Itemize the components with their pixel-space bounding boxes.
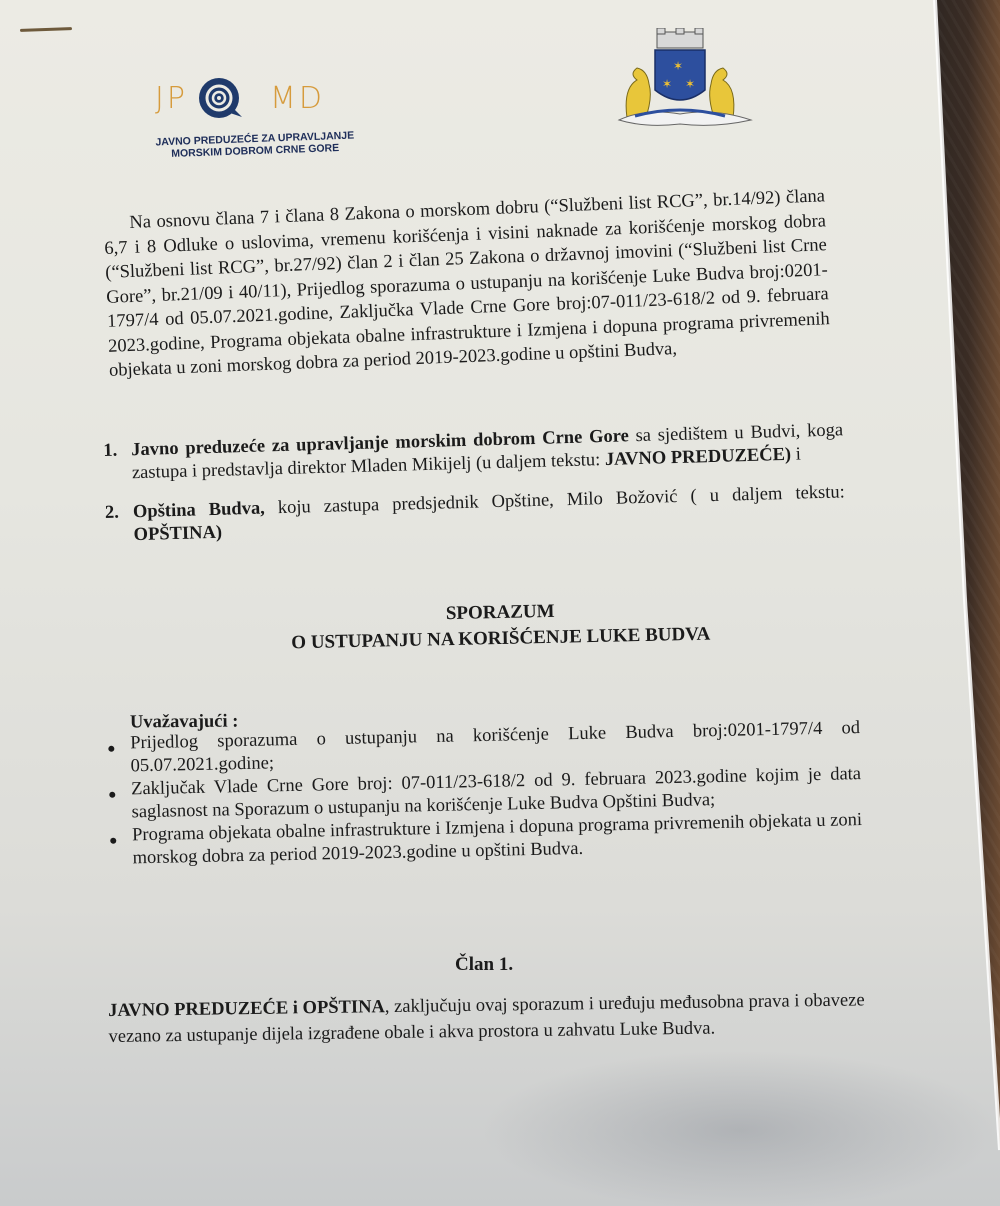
logo-letters-left: JP [155,81,188,116]
parties-list: 1. Javno preduzeće za upravljanje morski… [103,419,846,560]
article-heading: Član 1. [455,954,513,976]
logo-letters-right: MD [270,81,325,116]
considering-list: Prijedlog sporazuma o ustupanju na koriš… [100,717,863,871]
article-paragraph: JAVNO PREDUZEĆE i OPŠTINA, zaključuju ov… [108,987,879,1050]
party-description: koju zastupa predsjednik Opštine, Milo B… [265,482,846,518]
lighting-shadow [480,1050,1000,1206]
bullet-icon [100,732,131,779]
intro-paragraph: Na osnovu člana 7 i člana 8 Zakona o mor… [103,184,831,383]
party-alias: JAVNO PREDUZEĆE) [605,445,792,470]
party-item: 2. Opština Budva, koju zastupa predsjedn… [105,481,846,548]
party-text: Opština Budva, koju zastupa predsjednik … [133,481,846,547]
party-number: 1. [103,439,132,486]
article-lead: JAVNO PREDUZEĆE i OPŠTINA [108,997,385,1021]
jpmd-logo: JP MD JAVNO PREDUZEĆE ZA UPRAVLJANJE MOR… [155,75,365,157]
logo-subtitle: JAVNO PREDUZEĆE ZA UPRAVLJANJE MORSKIM D… [155,130,356,161]
shell-icon [198,75,244,121]
bullet-icon [101,778,132,825]
document-title: SPORAZUM O USTUPANJU NA KORIŠĆENJE LUKE … [260,595,741,657]
party-alias: OPŠTINA) [133,523,222,545]
party-number: 2. [105,501,134,548]
coat-of-arms-icon: ✶ ✶ ✶ [605,28,765,128]
svg-text:✶: ✶ [673,59,683,73]
party-suffix: i [791,445,801,465]
svg-text:✶: ✶ [662,77,672,91]
party-name: Opština Budva, [133,499,265,523]
svg-text:✶: ✶ [685,77,695,91]
bullet-icon [102,824,133,871]
